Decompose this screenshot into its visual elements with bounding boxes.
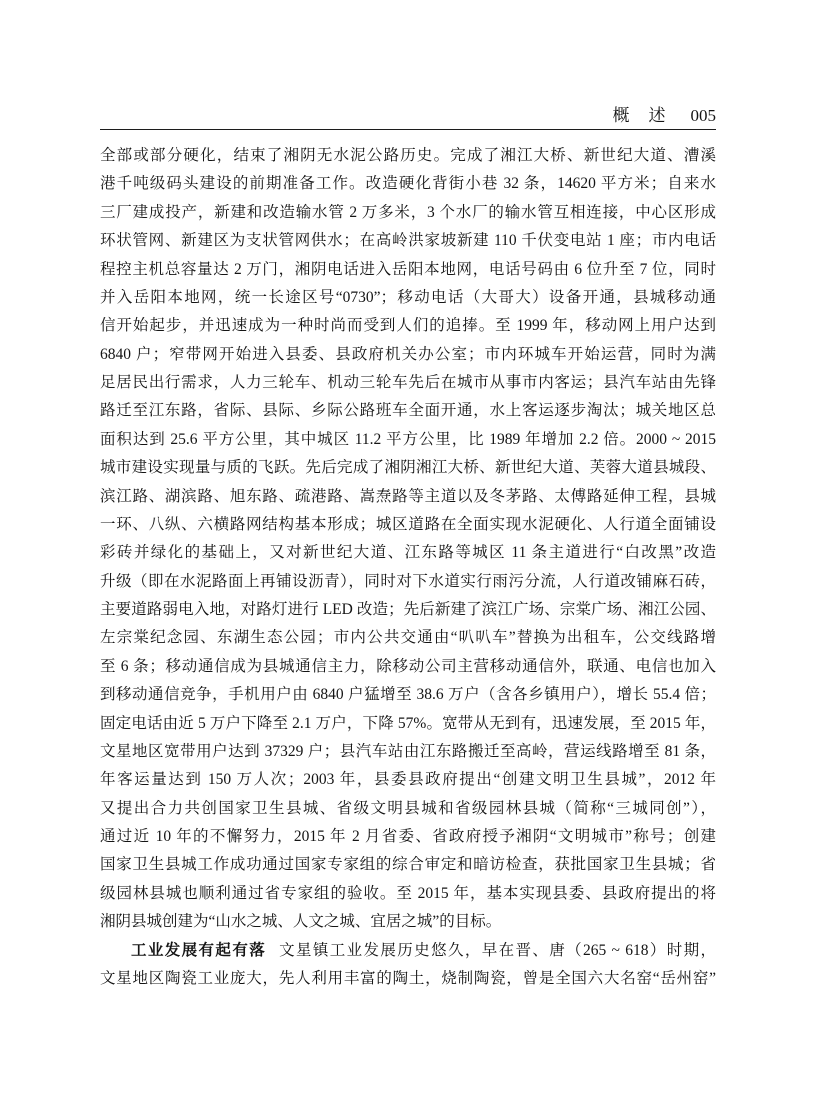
text-line: 一环、八纵、六横路网结构基本形成；城区道路在全面实现水泥硬化、人行道全面铺设 xyxy=(100,511,716,539)
text-line: 国家卫生县城工作成功通过国家专家组的综合审定和暗访检查，获批国家卫生县城；省 xyxy=(100,851,716,879)
text-line: 面积达到 25.6 平方公里，其中城区 11.2 平方公里，比 1989 年增加… xyxy=(100,426,716,454)
page-number: 005 xyxy=(691,106,717,126)
text-line: 升级（即在水泥路面上再铺设沥青），同时对下水道实行雨污分流，人行道改铺麻石砖， xyxy=(100,568,716,596)
text-line: 彩砖并绿化的基础上，又对新世纪大道、江东路等城区 11 条主道进行“白改黑”改造 xyxy=(100,539,716,567)
text-line: 足居民出行需求，人力三轮车、机动三轮车先后在城市从事市内客运；县汽车站由先锋 xyxy=(100,369,716,397)
text-line: 固定电话由近 5 万户下降至 2.1 万户，下降 57%。宽带从无到有，迅速发展… xyxy=(100,710,716,738)
paragraph2-bold-lead: 工业发展有起有落 xyxy=(131,942,266,959)
text-line: 滨江路、湖滨路、旭东路、疏港路、嵩焘路等主道以及冬茅路、太傅路延伸工程，县城 xyxy=(100,483,716,511)
text-line: 通过近 10 年的不懈努力，2015 年 2 月省委、省政府授予湘阴“文明城市”… xyxy=(100,823,716,851)
text-line: 信开始起步，并迅速成为一种时尚而受到人们的追捧。至 1999 年，移动网上用户达… xyxy=(100,312,716,340)
text-line: 全部或部分硬化，结束了湘阴无水泥公路历史。完成了湘江大桥、新世纪大道、漕溪 xyxy=(100,142,716,170)
text-line: 文星地区陶瓷工业庞大，先人利用丰富的陶土，烧制陶瓷，曾是全国六大名窑“岳州窑” xyxy=(100,965,716,993)
paragraph2-first-line: 工业发展有起有落文星镇工业发展历史悠久，早在晋、唐（265 ~ 618）时期， xyxy=(100,937,716,965)
text-line: 路迁至江东路，省际、县际、乡际公路班车全面开通，水上客运逐步淘汰；城关地区总 xyxy=(100,397,716,425)
text-line: 城市建设实现量与质的飞跃。先后完成了湘阴湘江大桥、新世纪大道、芙蓉大道县城段、 xyxy=(100,454,716,482)
text-line: 并入岳阳本地网，统一长途区号“0730”；移动电话（大哥大）设备开通，县城移动通 xyxy=(100,284,716,312)
text-line: 到移动通信竞争，手机用户由 6840 户猛增至 38.6 万户（含各乡镇用户），… xyxy=(100,681,716,709)
paragraph2-line1-text: 文星镇工业发展历史悠久，早在晋、唐（265 ~ 618）时期， xyxy=(279,942,716,959)
text-line: 主要道路弱电入地，对路灯进行 LED 改造；先后新建了滨江广场、宗棠广场、湘江公… xyxy=(100,596,716,624)
text-line: 环状管网、新建区为支状管网供水；在高岭洪家坡新建 110 千伏变电站 1 座；市… xyxy=(100,227,716,255)
body-text: 全部或部分硬化，结束了湘阴无水泥公路历史。完成了湘江大桥、新世纪大道、漕溪 港千… xyxy=(100,142,716,993)
text-line: 6840 户；窄带网开始进入县委、县政府机关办公室；市内环城车开始运营，同时为满 xyxy=(100,341,716,369)
header-rule xyxy=(100,129,716,130)
text-line: 又提出合力共创国家卫生县城、省级文明县城和省级园林县城（简称“三城同创”）， xyxy=(100,795,716,823)
paragraph1-last-line: 湘阴县城创建为“山水之城、人文之城、宜居之城”的目标。 xyxy=(100,908,716,936)
text-line: 三厂建成投产，新建和改造输水管 2 万多米，3 个水厂的输水管互相连接，中心区形… xyxy=(100,199,716,227)
text-line: 程控主机总容量达 2 万门，湘阴电话进入岳阳本地网，电话号码由 6 位升至 7 … xyxy=(100,256,716,284)
text-line: 港千吨级码头建设的前期准备工作。改造硬化背街小巷 32 条，14620 平方米；… xyxy=(100,170,716,198)
running-header: 概 述005 xyxy=(100,106,716,126)
text-line: 左宗棠纪念园、东湖生态公园；市内公共交通由“叭叭车”替换为出租车，公交线路增 xyxy=(100,624,716,652)
chapter-title: 概 述 xyxy=(613,106,667,125)
book-page: 概 述005 全部或部分硬化，结束了湘阴无水泥公路历史。完成了湘江大桥、新世纪大… xyxy=(0,0,816,1099)
text-line: 级园林县城也顺利通过省专家组的验收。至 2015 年，基本实现县委、县政府提出的… xyxy=(100,880,716,908)
text-line: 至 6 条；移动通信成为县城通信主力，除移动公司主营移动通信外，联通、电信也加入 xyxy=(100,653,716,681)
text-line: 年客运量达到 150 万人次；2003 年，县委县政府提出“创建文明卫生县城”，… xyxy=(100,766,716,794)
text-line: 文星地区宽带用户达到 37329 户；县汽车站由江东路搬迁至高岭，营运线路增至 … xyxy=(100,738,716,766)
